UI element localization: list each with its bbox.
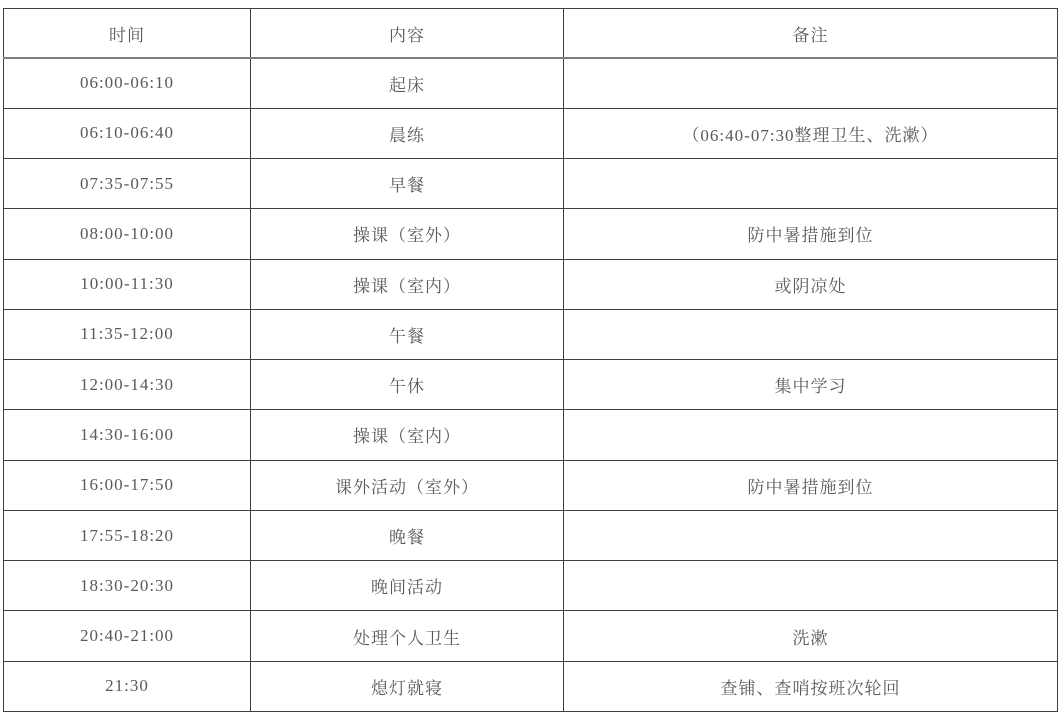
table-row: 21:30熄灯就寝查铺、查哨按班次轮回 xyxy=(4,661,1058,711)
time-cell: 07:35-07:55 xyxy=(4,159,251,209)
time-cell: 21:30 xyxy=(4,661,251,711)
schedule-page: 时间 内容 备注 06:00-06:10起床06:10-06:40晨练（06:4… xyxy=(0,0,1064,722)
remark-cell: 洗漱 xyxy=(564,611,1058,661)
table-row: 14:30-16:00操课（室内） xyxy=(4,410,1058,460)
remark-cell xyxy=(564,510,1058,560)
column-header-remark: 备注 xyxy=(564,9,1058,59)
content-cell: 早餐 xyxy=(251,159,564,209)
time-cell: 08:00-10:00 xyxy=(4,209,251,259)
time-cell: 11:35-12:00 xyxy=(4,309,251,359)
remark-cell: 查铺、查哨按班次轮回 xyxy=(564,661,1058,711)
content-cell: 晨练 xyxy=(251,108,564,158)
table-row: 08:00-10:00操课（室外）防中暑措施到位 xyxy=(4,209,1058,259)
remark-cell xyxy=(564,561,1058,611)
schedule-table-body: 06:00-06:10起床06:10-06:40晨练（06:40-07:30整理… xyxy=(4,58,1058,712)
content-cell: 操课（室内） xyxy=(251,259,564,309)
remark-cell: 或阴凉处 xyxy=(564,259,1058,309)
time-cell: 18:30-20:30 xyxy=(4,561,251,611)
remark-cell: 防中暑措施到位 xyxy=(564,209,1058,259)
remark-cell: 集中学习 xyxy=(564,360,1058,410)
content-cell: 起床 xyxy=(251,58,564,108)
table-row: 11:35-12:00午餐 xyxy=(4,309,1058,359)
content-cell: 午餐 xyxy=(251,309,564,359)
table-row: 17:55-18:20晚餐 xyxy=(4,510,1058,560)
time-cell: 10:00-11:30 xyxy=(4,259,251,309)
time-cell: 17:55-18:20 xyxy=(4,510,251,560)
remark-cell xyxy=(564,309,1058,359)
content-cell: 午休 xyxy=(251,360,564,410)
table-row: 12:00-14:30午休集中学习 xyxy=(4,360,1058,410)
table-row: 07:35-07:55早餐 xyxy=(4,159,1058,209)
header-row: 时间 内容 备注 xyxy=(4,9,1058,59)
time-cell: 20:40-21:00 xyxy=(4,611,251,661)
remark-cell: 防中暑措施到位 xyxy=(564,460,1058,510)
remark-cell: （06:40-07:30整理卫生、洗漱） xyxy=(564,108,1058,158)
table-row: 16:00-17:50课外活动（室外）防中暑措施到位 xyxy=(4,460,1058,510)
time-cell: 06:10-06:40 xyxy=(4,108,251,158)
content-cell: 操课（室外） xyxy=(251,209,564,259)
remark-cell xyxy=(564,410,1058,460)
column-header-content: 内容 xyxy=(251,9,564,59)
time-cell: 12:00-14:30 xyxy=(4,360,251,410)
content-cell: 操课（室内） xyxy=(251,410,564,460)
table-row: 10:00-11:30操课（室内）或阴凉处 xyxy=(4,259,1058,309)
time-cell: 16:00-17:50 xyxy=(4,460,251,510)
time-cell: 14:30-16:00 xyxy=(4,410,251,460)
remark-cell xyxy=(564,58,1058,108)
table-row: 20:40-21:00处理个人卫生洗漱 xyxy=(4,611,1058,661)
table-row: 06:00-06:10起床 xyxy=(4,58,1058,108)
content-cell: 熄灯就寝 xyxy=(251,661,564,711)
content-cell: 晚间活动 xyxy=(251,561,564,611)
column-header-time: 时间 xyxy=(4,9,251,59)
content-cell: 处理个人卫生 xyxy=(251,611,564,661)
table-row: 06:10-06:40晨练（06:40-07:30整理卫生、洗漱） xyxy=(4,108,1058,158)
content-cell: 晚餐 xyxy=(251,510,564,560)
time-cell: 06:00-06:10 xyxy=(4,58,251,108)
table-row: 18:30-20:30晚间活动 xyxy=(4,561,1058,611)
content-cell: 课外活动（室外） xyxy=(251,460,564,510)
remark-cell xyxy=(564,159,1058,209)
daily-schedule-table: 时间 内容 备注 06:00-06:10起床06:10-06:40晨练（06:4… xyxy=(3,8,1058,712)
